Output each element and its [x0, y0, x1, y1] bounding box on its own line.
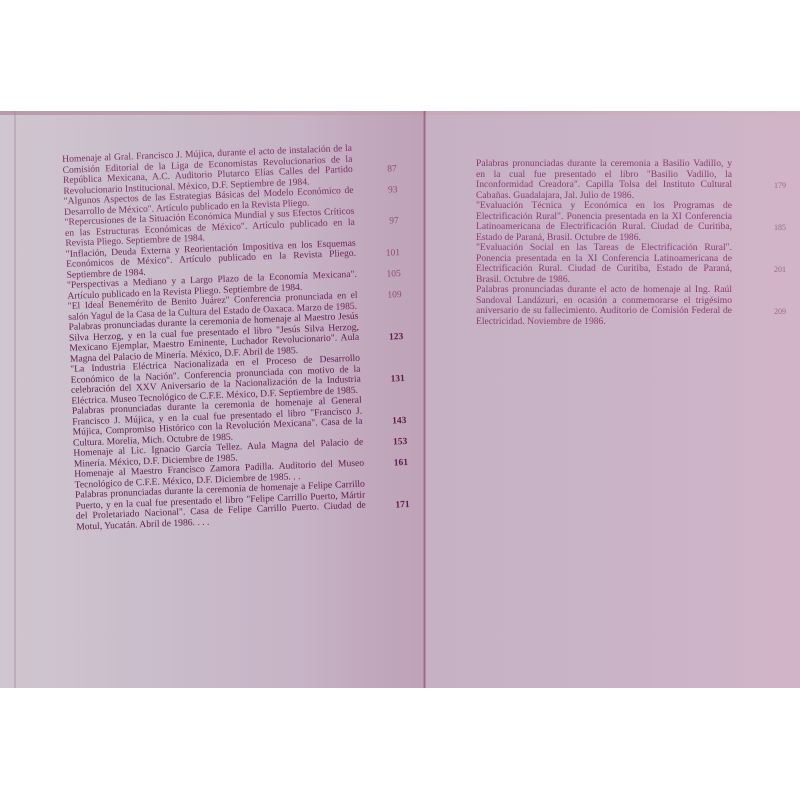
toc-page-number: 153: [393, 436, 408, 447]
toc-page-number: 105: [386, 269, 401, 280]
toc-page-number: 101: [386, 248, 401, 259]
toc-entry-title: Palabras pronunciadas durante el acto de…: [476, 285, 732, 327]
toc-page-number: 123: [389, 332, 404, 343]
toc-entry-title: Palabras pronunciadas durante la ceremon…: [476, 159, 732, 201]
toc-page-number: 87: [387, 164, 397, 175]
page-edge: [14, 111, 16, 688]
toc-entry: "Evaluación Social en las Tareas de Elec…: [476, 243, 786, 285]
toc-entry-title: "Evaluación Social en las Tareas de Elec…: [476, 243, 732, 285]
toc-page-number: 93: [388, 185, 398, 196]
toc-page-number: 131: [390, 374, 405, 385]
toc-page-number: 161: [394, 457, 409, 468]
book-gutter: [423, 111, 426, 688]
toc-entry-title: "Evaluación Técnica y Económica en los P…: [476, 201, 732, 243]
toc-page-number: 143: [392, 415, 407, 426]
toc-entry: Palabras pronunciadas durante la ceremon…: [476, 159, 786, 201]
toc-page-number: 97: [389, 216, 399, 227]
left-toc-column: Homenaje al Gral. Francisco J. Mújica, d…: [62, 144, 366, 533]
toc-page-number: 109: [387, 290, 402, 301]
toc-entry: "Evaluación Técnica y Económica en los P…: [476, 201, 786, 243]
toc-entry: Palabras pronunciadas durante el acto de…: [476, 285, 786, 327]
right-toc-column: Palabras pronunciadas durante la ceremon…: [476, 159, 786, 327]
toc-page-number: 179: [774, 181, 786, 192]
toc-page-number: 209: [774, 307, 786, 318]
book-spread-photo: Homenaje al Gral. Francisco J. Mújica, d…: [0, 111, 800, 688]
toc-page-number: 171: [395, 499, 410, 510]
toc-page-number: 185: [774, 223, 786, 234]
toc-page-number: 201: [774, 265, 786, 276]
